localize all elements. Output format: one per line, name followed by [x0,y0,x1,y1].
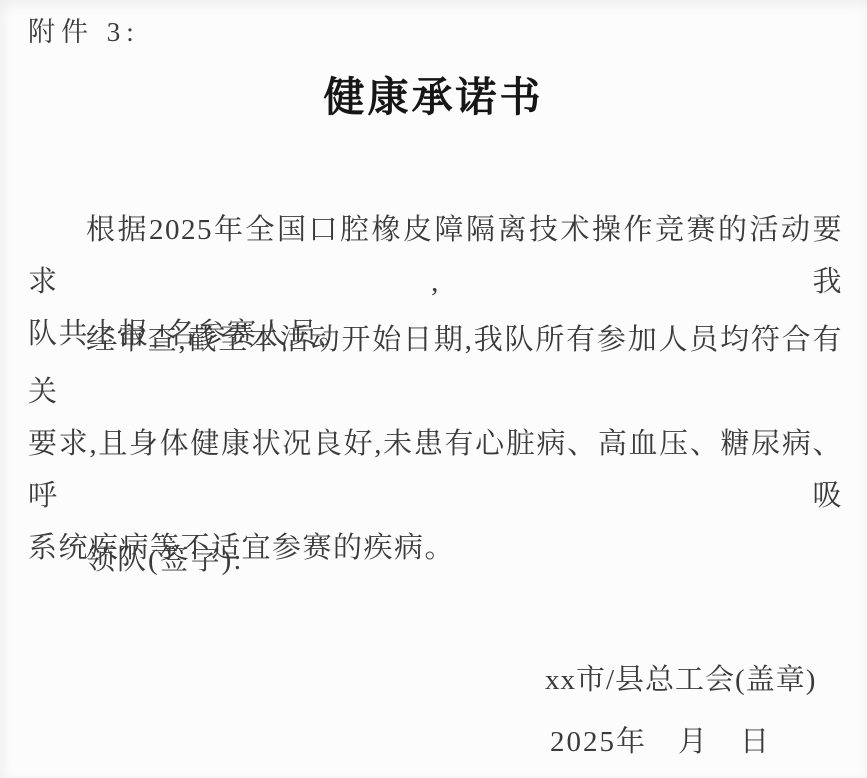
document-title: 健康承诺书 [0,64,867,123]
attachment-label: 附件 3: [28,10,140,49]
paragraph-line: 经审查,截至本活动开始日期,我队所有参加人员均符合有关 [28,314,843,418]
date-line: 2025年 月 日 [550,716,771,768]
paragraph-line: 要求,且身体健康状况良好,未患有心脏病、高血压、糖尿病、呼吸 [28,418,843,522]
document-page: 附件 3: 健康承诺书 根据2025年全国口腔橡皮障隔离技术操作竞赛的活动要求,… [0,0,867,778]
paragraph-line: 根据2025年全国口腔橡皮障隔离技术操作竞赛的活动要求,我 [28,204,843,308]
leader-signature-label: 领队(签字): [28,534,243,586]
organization-seal-line: xx市/县总工会(盖章) [545,654,816,706]
